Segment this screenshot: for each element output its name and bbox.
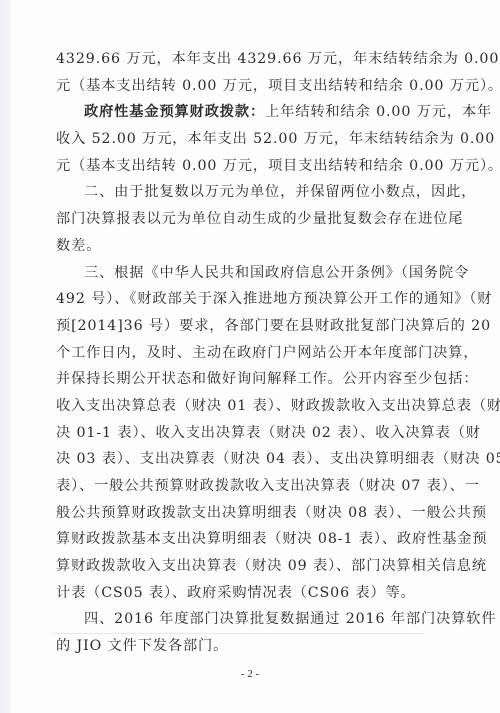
text-line: 数差。 bbox=[56, 233, 434, 260]
text-line: 二、由于批复数以万元为单位，并保留两位小数点，因此， bbox=[56, 179, 434, 206]
text-line: 的 JIO 文件下发各部门。 bbox=[56, 633, 434, 660]
text-line: 决 01-1 表）、收入支出决算表（财决 02 表）、收入决算表（财 bbox=[56, 420, 434, 447]
paragraph-section-3: 三、根据《中华人民共和国政府信息公开条例》（国务院令 492 号）、《财政部关于… bbox=[56, 260, 434, 607]
text-line: 计表（CS05 表）、政府采购情况表（CS06 表）等。 bbox=[56, 580, 434, 607]
paragraph-heading: 政府性基金预算财政拨款： bbox=[84, 104, 265, 120]
footer-divider bbox=[52, 633, 424, 634]
text-line: 三、根据《中华人民共和国政府信息公开条例》（国务院令 bbox=[56, 260, 434, 287]
document-body: 4329.66 万元，本年支出 4329.66 万元，年末结转结余为 0.00 … bbox=[56, 46, 434, 660]
text-line: 四、2016 年度部门决算批复数据通过 2016 年部门决算软件 bbox=[56, 606, 434, 633]
text-line: 般公共预算财政拨款支出决算明细表（财决 08 表）、一般公共预 bbox=[56, 500, 434, 527]
text-line: 算财政拨款基本支出决算明细表（财决 08-1 表）、政府性基金预 bbox=[56, 526, 434, 553]
text-line: 元（基本支出结转 0.00 万元，项目支出结转和结余 0.00 万元）。 bbox=[56, 73, 434, 100]
text-line: 算财政拨款收入支出决算表（财决 09 表）、部门决算相关信息统 bbox=[56, 553, 434, 580]
text-line: 个工作日内，及时、主动在政府门户网站公开本年度部门决算， bbox=[56, 340, 434, 367]
text-line: 收入支出决算总表（财决 01 表）、财政拨款收入支出决算总表（财 bbox=[56, 393, 434, 420]
paragraph-section-2: 二、由于批复数以万元为单位，并保留两位小数点，因此， 部门决算报表以元为单位自动… bbox=[56, 179, 434, 259]
text-line: 492 号）、《财政部关于深入推进地方预决算公开工作的通知》（财 bbox=[56, 286, 434, 313]
text-line: 收入 52.00 万元，本年支出 52.00 万元，年末结转结余为 0.00 万 bbox=[56, 126, 434, 153]
paragraph-continuation: 4329.66 万元，本年支出 4329.66 万元，年末结转结余为 0.00 … bbox=[56, 46, 434, 99]
paragraph-government-fund: 政府性基金预算财政拨款：上年结转和结余 0.00 万元，本年 收入 52.00 … bbox=[56, 99, 434, 179]
text-line: 元（基本支出结转 0.00 万元，项目支出结转和结余 0.00 万元）。 bbox=[56, 153, 434, 180]
text-line: 并保持长期公开状态和做好询问解释工作。公开内容至少包括： bbox=[56, 366, 434, 393]
scan-left-edge bbox=[0, 0, 11, 713]
text-line: 决 03 表）、支出决算表（财决 04 表）、支出决算明细表（财决 05 bbox=[56, 446, 434, 473]
text-line: 部门决算报表以元为单位自动生成的少量批复数会存在进位尾 bbox=[56, 206, 434, 233]
page-number: - 2 - bbox=[0, 668, 500, 680]
text-run: 上年结转和结余 0.00 万元，本年 bbox=[265, 104, 492, 120]
text-line: 表）、一般公共预算财政拨款收入支出决算表（财决 07 表）、一 bbox=[56, 473, 434, 500]
text-line: 预[2014]36 号）要求，各部门要在县财政批复部门决算后的 20 bbox=[56, 313, 434, 340]
text-line: 政府性基金预算财政拨款：上年结转和结余 0.00 万元，本年 bbox=[56, 99, 434, 126]
text-line: 4329.66 万元，本年支出 4329.66 万元，年末结转结余为 0.00 … bbox=[56, 46, 434, 73]
